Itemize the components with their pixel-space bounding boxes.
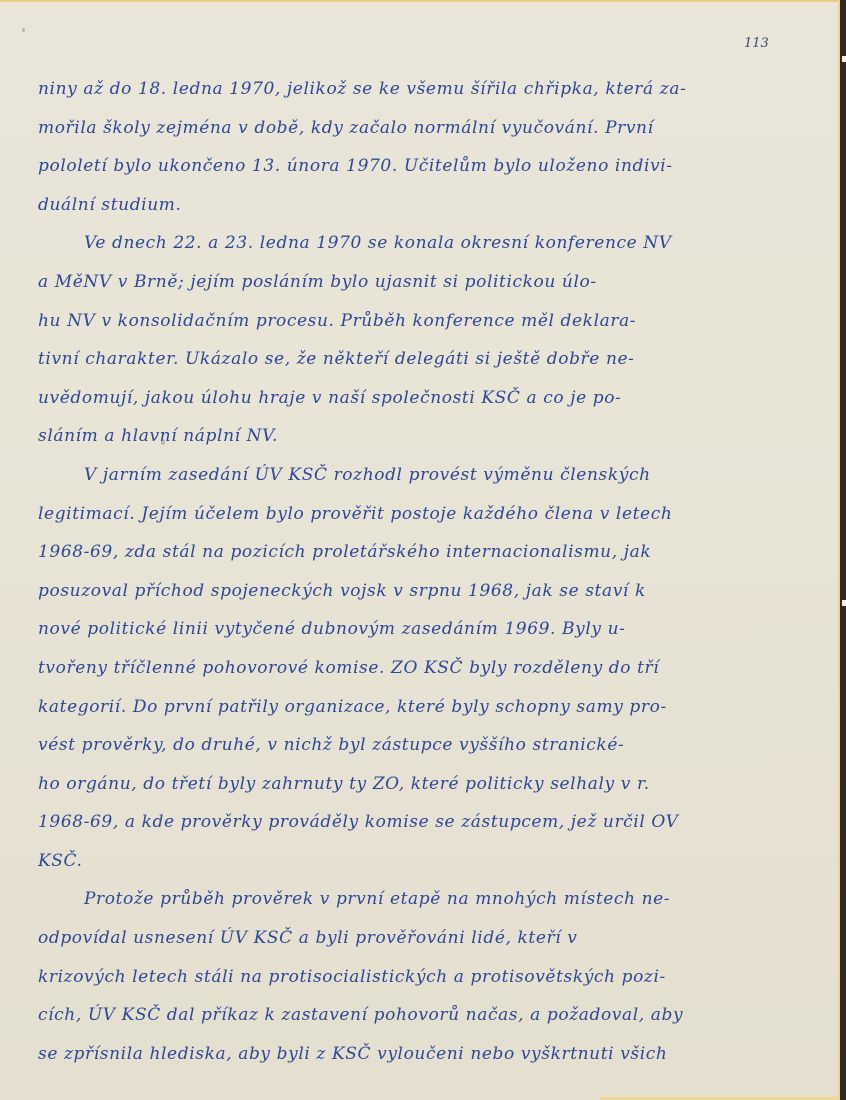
text-line: uvědomují, jakou úlohu hraje v naší spol… [38,379,758,418]
text-line: kategorií. Do první patřily organizace, … [38,688,758,727]
text-line: legitimací. Jejím účelem bylo prověřit p… [38,495,758,534]
paragraph-1: niny až do 18. ledna 1970, jelikož se ke… [38,70,758,224]
page-number: 113 [744,36,769,51]
binding-notch [842,600,846,606]
paragraph-3: V jarním zasedání ÚV KSČ rozhodl provést… [38,456,758,881]
text-line: odpovídal usnesení ÚV KSČ a byli prověřo… [38,919,758,958]
ink-speck [22,28,25,32]
text-line: tvořeny tříčlenné pohovorové komise. ZO … [38,649,758,688]
paragraph-4: Protože průběh prověrek v první etapě na… [38,880,758,1073]
text-line: krizových letech stáli na protisocialist… [38,958,758,997]
text-line: cích, ÚV KSČ dal příkaz k zastavení poho… [38,996,758,1035]
text-line: vést prověrky, do druhé, v nichž byl zás… [38,726,758,765]
text-line: pololetí bylo ukončeno 13. února 1970. U… [38,147,758,186]
text-line: Ve dnech 22. a 23. ledna 1970 se konala … [38,224,758,263]
text-line: posuzoval příchod spojeneckých vojsk v s… [38,572,758,611]
text-line: ho orgánu, do třetí byly zahrnuty ty ZO,… [38,765,758,804]
text-line: 1968-69, a kde prověrky prováděly komise… [38,803,758,842]
text-line: tivní charakter. Ukázalo se, že někteří … [38,340,758,379]
scanned-page: 113 niny až do 18. ledna 1970, jelikož s… [0,0,846,1100]
text-line: nové politické linii vytyčené dubnovým z… [38,610,758,649]
handwritten-text: niny až do 18. ledna 1970, jelikož se ke… [38,70,758,1073]
paragraph-2: Ve dnech 22. a 23. ledna 1970 se konala … [38,224,758,456]
text-line: duální studium. [38,186,758,225]
text-line: 1968-69, zda stál na pozicích proletářsk… [38,533,758,572]
text-line: Protože průběh prověrek v první etapě na… [38,880,758,919]
text-line: V jarním zasedání ÚV KSČ rozhodl provést… [38,456,758,495]
text-line: sláním a hlavní náplní NV. [38,417,758,456]
text-line: a MěNV v Brně; jejím posláním bylo ujasn… [38,263,758,302]
text-line: KSČ. [38,842,758,881]
binding-notch [842,56,846,62]
text-line: niny až do 18. ledna 1970, jelikož se ke… [38,70,758,109]
text-line: hu NV v konsolidačním procesu. Průběh ko… [38,302,758,341]
book-binding-edge [838,0,846,1100]
text-line: se zpřísnila hlediska, aby byli z KSČ vy… [38,1035,758,1074]
paper-sheet: 113 niny až do 18. ledna 1970, jelikož s… [0,0,838,1100]
text-line: mořila školy zejména v době, kdy začalo … [38,109,758,148]
